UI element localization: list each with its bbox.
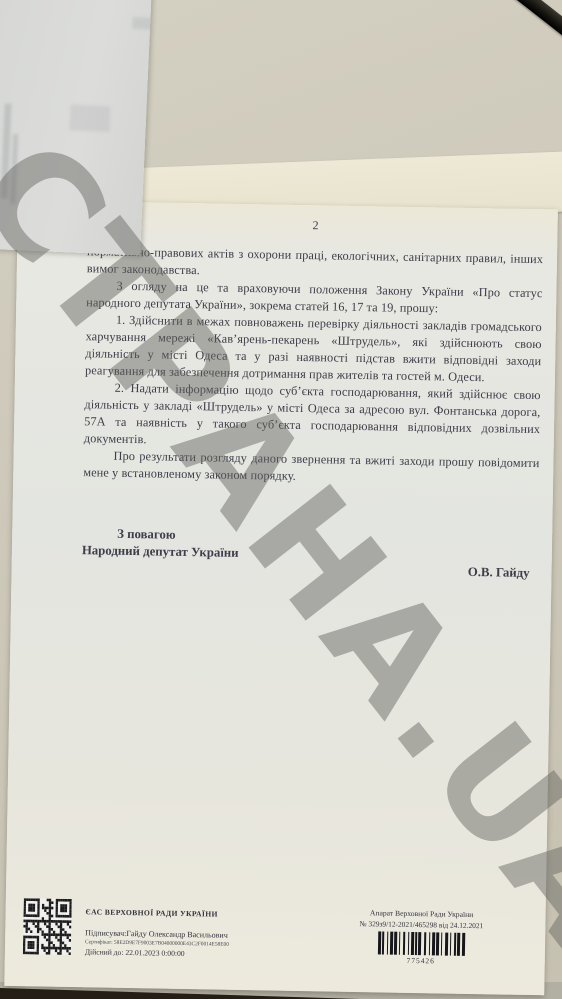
body-paragraph: 2. Надати інформацію щодо суб’єкта госпо… xyxy=(84,379,541,455)
show-through-mark xyxy=(70,104,111,132)
back-sheet xyxy=(0,0,152,256)
barcode-icon xyxy=(323,930,519,956)
registration-number: № 329з9/12-2021/465298 від 24.12.2021 xyxy=(323,918,519,930)
page-number: 2 xyxy=(88,214,544,237)
closing-block: З повагою Народний депутат України О.В. … xyxy=(81,525,538,582)
page-body: 2 нормативно-правових актів з охорони пр… xyxy=(11,200,557,582)
body-paragraph: Про результати розгляду даного звернення… xyxy=(83,447,540,489)
photo-background: 2 нормативно-правових актів з охорони пр… xyxy=(0,0,562,999)
eas-org-label: ЄАС ВЕРХОВНОЇ РАДИ УКРАЇНИ xyxy=(86,907,230,919)
registration-stamp: Апарат Верховної Ради України № 329з9/12… xyxy=(323,907,520,966)
body-paragraph: 1. Здійснити в межах повноважень перевір… xyxy=(85,311,542,387)
show-through-mark xyxy=(10,134,18,204)
validity-line: Дійсний до: 22.01.2023 0:00:00 xyxy=(85,947,229,959)
signer-line: Підписувач:Гайду Олександр Васильович xyxy=(85,928,229,940)
qr-code-icon xyxy=(23,898,72,955)
document-page: 2 нормативно-правових актів з охорони пр… xyxy=(4,200,558,995)
show-through-mark xyxy=(132,17,152,30)
show-through-mark xyxy=(0,103,11,198)
digital-signature-stamp: ЄАС ВЕРХОВНОЇ РАДИ УКРАЇНИ Підписувач:Га… xyxy=(23,898,230,959)
signature-stamp-text: ЄАС ВЕРХОВНОЇ РАДИ УКРАЇНИ Підписувач:Га… xyxy=(85,899,230,959)
certificate-line: Сертифікат: 58E2D9E7F9003E7B04000000E43C… xyxy=(85,939,229,948)
pen xyxy=(499,0,562,54)
